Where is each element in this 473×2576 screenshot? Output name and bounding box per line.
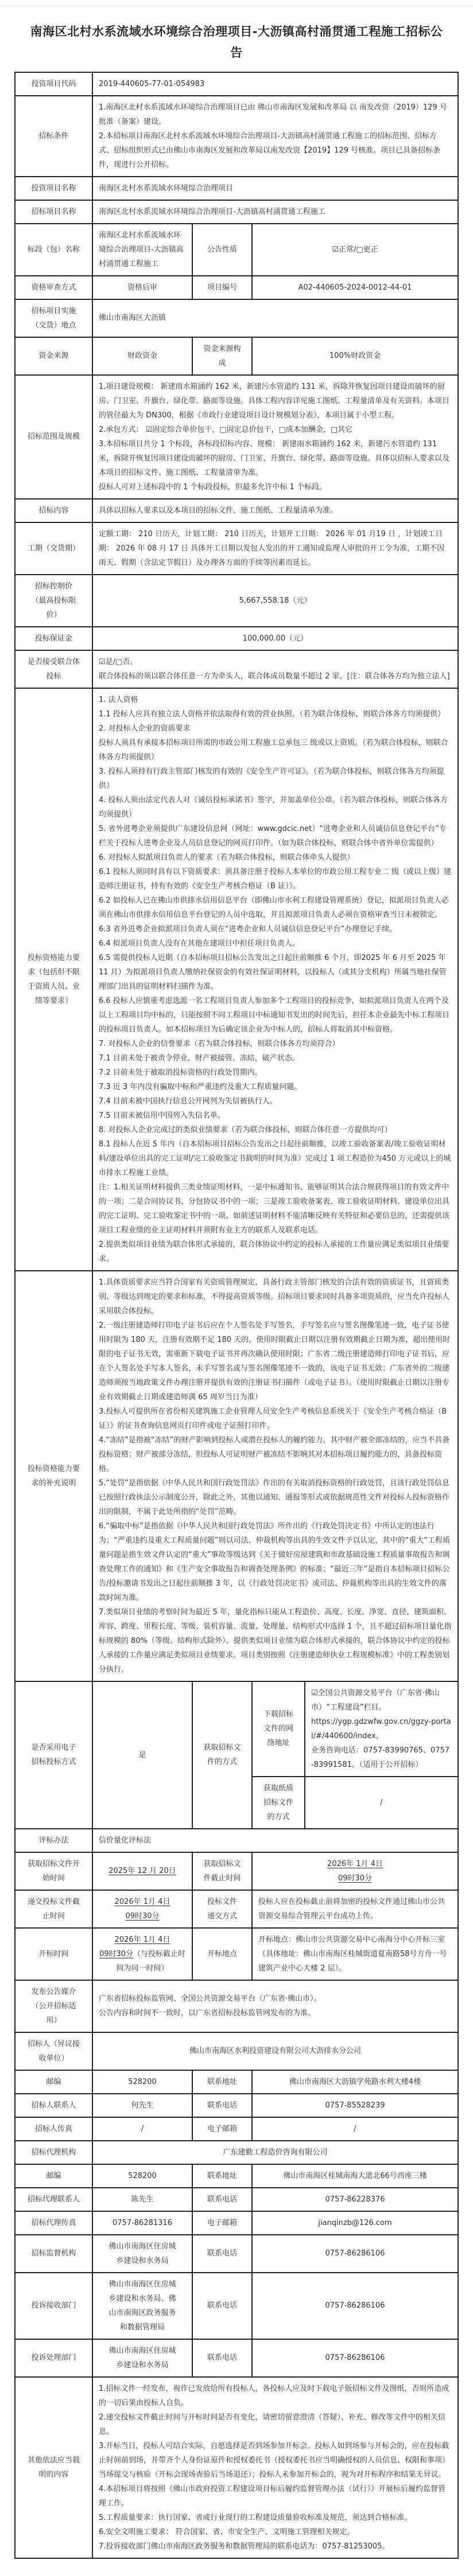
project-no-value: A02-440605-2024-0012-44-01 [252,276,458,299]
row-funding: 资金来源 财政资金 资金来源构 成 100%财政资金 [15,337,458,375]
row-e-bidding-download: 是否采用电子 招标投标方式 是 获取招标文 件的方式 下载招标 文件的网 络地址… [15,1681,458,1777]
media-label: 发布公告媒介 （公开招标适 用） [15,1980,92,2032]
e-bidding-label: 是否采用电子 招标投标方式 [15,1681,92,1829]
complaint-receiving-value: 佛山市南海区住房城 乡建设和水务局、佛 山市南海区政务服务 和数据管理局 [92,2273,192,2339]
complaint-handling-phone-value: 0757-86286106 [252,2339,458,2377]
obtain-end-label: 获取招标文 件截止时间 [192,1852,252,1890]
location-value: 佛山市南海区大沥镇 [92,299,458,337]
bid-opening-place-value: 开标地点：佛山市公共资源交易中心南海分中心开标三室（具体地址：佛山市南海区桂城街… [252,1928,458,1980]
project-no-label: 项目编号 [192,276,252,299]
other-value: 1.招标文件一经发布，视作已发放给所有投标人，各投标人应及时下载电子版招标文件及… [92,2377,458,2558]
row-tender-conditions: 招标条件 1.南海区北村水系流域水环境综合治理项目已由 佛山市南海区发展和改革局… [15,96,458,177]
supervisor-phone-label: 联系电话 [192,2235,252,2273]
consortium-label: 是否接受联合体 投标 [15,650,92,688]
tender-project-name-value: 南海区北村水系流域水环境综合治理项目-大沥镇高村涌贯通工程施工 [92,200,458,224]
bid-opening-time-label: 开标时间 [15,1928,92,1980]
tender-conditions-value: 1.南海区北村水系流域水环境综合治理项目已由 佛山市南海区发展和改革局 以 南发… [92,96,458,177]
agency-value: 广东建勤工程造价咨询有限公司 [92,2141,458,2164]
agency-fax-value: 0757-86281316 [92,2211,192,2235]
tenderer-fax-value: / [92,2117,192,2141]
tender-announcement-table: 投资项目代码 2019-440605-77-01-054983 招标条件 1.南… [14,72,459,2559]
tender-project-name-label: 招标项目名称 [15,200,92,224]
e-bidding-value: 是 [92,1681,192,1829]
complaint-handling-label: 投诉处理部门 [15,2339,92,2377]
row-duration: 工期（交货期） 定额工期： 210 日历天，计划工期： 210 日历天，计划开工… [15,522,458,575]
funding-value: 财政资金 [92,337,192,375]
agency-phone-value: 0757-86228376 [252,2188,458,2211]
bid-bond-value: 100,000.00（元） [92,627,458,650]
supervisor-value: 佛山市南海区住房城 乡建设和水务局 [92,2235,192,2273]
row-qualification-supplement: 投标资格能力要 求的补充说明 1.具体资质要求应当符合国家有关资质管理规定，具备… [15,1271,458,1681]
row-investment-project-name: 投资项目名称 南海区北村水系流域水环境综合治理项目 [15,177,458,200]
control-price-label: 招标控制价 （最高投标限 价） [15,575,92,627]
row-qualification-review: 资格审查方式 资格后审 项目编号 A02-440605-2024-0012-44… [15,276,458,299]
tenderer-address-value: 佛山市南海区大沥镇学苑路水利大楼4楼 [252,2070,458,2094]
row-agency-fax: 招标代理传真 0757-86281316 电子邮箱 jianqinzb@126.… [15,2211,458,2235]
tenderer-postcode-label: 邮编 [15,2070,92,2094]
row-evaluation-method: 评标办法 信价量化评标法 [15,1829,458,1852]
agency-email-label: 电子邮箱 [192,2211,252,2235]
tenderer-label: 招标人（异议接 收单位） [15,2032,92,2070]
row-qualification-requirements: 投标资格能力要 求（包括但不限 于资质人员、业 绩等要求） 1. 法人资格 1.… [15,688,458,1271]
scope-value: 1.项目建设规模： 新建雨水箱涵约 162 米，新建污水管道约 131 米，拆除… [92,375,458,499]
row-location: 招标项目实施 （交货）地点 佛山市南海区大沥镇 [15,299,458,337]
section-label: 标段（包）名称 [15,224,92,276]
investment-project-name-value: 南海区北村水系流域水环境综合治理项目 [92,177,458,200]
page-title: 南海区北村水系流域水环境综合治理项目-大沥镇高村涌贯通工程施工招标公告 [24,21,449,64]
row-tenderer: 招标人（异议接 收单位） 佛山市南海区水利投资建设有限公司大沥排水分公司 [15,2032,458,2070]
tender-conditions-label: 招标条件 [15,96,92,177]
row-agency: 招标代理机构 广东建勤工程造价咨询有限公司 [15,2141,458,2164]
agency-postcode-value: 528200 [92,2164,192,2188]
row-scope: 招标范围及规模 1.项目建设规模： 新建雨水箱涵约 162 米，新建污水管道约 … [15,375,458,499]
row-content: 招标内容 具体以招标人要求以及本项目的招标文件、施工图纸、工程量清单为准。 [15,499,458,522]
obtain-start-value: 2025年 12 月 20日 [108,1867,176,1875]
complaint-handling-value: 佛山市南海区住房城 乡建设和水务局 [92,2339,192,2377]
row-agency-postcode: 邮编 528200 联系地址 佛山市南海区桂城南海大道北66号西座三楼 [15,2164,458,2188]
row-tender-project-name: 招标项目名称 南海区北村水系流域水环境综合治理项目-大沥镇高村涌贯通工程施工 [15,200,458,224]
row-bid-bond: 投标保证金 100,000.00（元） [15,627,458,650]
top-divider [0,6,473,6]
investment-project-name-label: 投资项目名称 [15,177,92,200]
tenderer-address-label: 联系地址 [192,2070,252,2094]
duration-value: 定额工期： 210 日历天，计划工期： 210 日历天，计划开工日期： 2026… [92,522,458,575]
tenderer-contact-label: 招标人联系人 [15,2094,92,2117]
agency-postcode-label: 邮编 [15,2164,92,2188]
qualification-supplement-label: 投标资格能力要 求的补充说明 [15,1271,92,1681]
agency-email-value: jianqinzb@126.com [252,2211,458,2235]
complaint-receiving-phone-value: 0757-86286106 [252,2273,458,2339]
row-obtain-time: 获取招标文件开 始时间 2025年 12 月 20日 获取招标文 件截止时间 2… [15,1852,458,1890]
tenderer-value: 佛山市南海区水利投资建设有限公司大沥排水分公司 [92,2032,458,2070]
paper-method-label: 获取纸质 招标文件 的方式 [252,1777,305,1829]
consortium-value: ☑是/□否。 联合体投标的须以联合体任意一方为牵头人，联合体成员数量不超过 2 … [92,650,458,688]
supervisor-phone-value: 0757-86286106 [252,2235,458,2273]
duration-label: 工期（交货期） [15,522,92,575]
obtain-end-value: 2026年 1月 4日 09时30分 [327,1860,383,1883]
row-consortium: 是否接受联合体 投标 ☑是/□否。 联合体投标的须以联合体任意一方为牵头人，联合… [15,650,458,688]
complaint-receiving-phone-label: 联系电话 [192,2273,252,2339]
content-label: 招标内容 [15,499,92,522]
row-section: 标段（包）名称 南海区北村水系流域水环境综合治理项目-大沥镇高村涌贯通工程施工 … [15,224,458,276]
qualification-supplement-value: 1.具体资质要求应当符合国家有关资质管理规定，具备行政主管部门核发的合法有效的资… [92,1271,458,1681]
qualification-requirements-label: 投标资格能力要 求（包括但不限 于资质人员、业 绩等要求） [15,688,92,1271]
media-value: 广东省招标投标监管网、全国公共资源交易平台（广东省·佛山市）。 公告内容和时间不… [92,1980,458,2032]
download-address-value: ☑全国公共资源交易平台（广东省·佛山市）“工程建设”栏目。 https://yg… [305,1681,458,1777]
control-price-value: 5,667,558.18（元） [92,575,458,627]
bid-opening-place-label: 开标地点 [192,1928,252,1980]
other-label: 其他依法应当载 明的内容 [15,2377,92,2558]
row-complaint-handling: 投诉处理部门 佛山市南海区住房城 乡建设和水务局 联系电话 0757-86286… [15,2339,458,2377]
tenderer-postcode-value: 528200 [92,2070,192,2094]
agency-address-value: 佛山市南海区桂城南海大道北66号西座三楼 [252,2164,458,2188]
row-submission: 递交投标文件截 止时间 2026年 1月 4日 09时30分 投标文件 递交方式… [15,1890,458,1928]
obtain-method-label: 获取招标文 件的方式 [192,1681,252,1829]
notice-nature-label: 公告性质 [192,224,252,276]
agency-contact-value: 陈先生 [92,2188,192,2211]
qualification-review-label: 资格审查方式 [15,276,92,299]
download-address-label: 下载招标 文件的网 络地址 [252,1681,305,1777]
evaluation-method-value: 信价量化评标法 [92,1829,458,1852]
row-supervisor: 招标监督机构 佛山市南海区住房城 乡建设和水务局 联系电话 0757-86286… [15,2235,458,2273]
qualification-requirements-value: 1. 法人资格 1.1 投标人应具有独立法人资格并依法取得有效的营业执照。（若为… [92,688,458,1271]
agency-phone-label: 联系电话 [192,2188,252,2211]
tenderer-fax-label: 招标人传真 [15,2117,92,2141]
project-code-value: 2019-440605-77-01-054983 [92,72,458,96]
qualification-review-value: 资格后审 [92,276,192,299]
row-agency-contact: 招标代理联系人 陈先生 联系电话 0757-86228376 [15,2188,458,2211]
row-tenderer-contact: 招标人联系人 何先生 联系电话 0757-85528239 [15,2094,458,2117]
row-complaint-receiving: 投诉接收部门 佛山市南海区住房城 乡建设和水务局、佛 山市南海区政务服务 和数据… [15,2273,458,2339]
agency-contact-label: 招标代理联系人 [15,2188,92,2211]
agency-label: 招标代理机构 [15,2141,92,2164]
supervisor-label: 招标监督机构 [15,2235,92,2273]
row-project-code: 投资项目代码 2019-440605-77-01-054983 [15,72,458,96]
agency-address-label: 联系地址 [192,2164,252,2188]
funding-composition-value: 100%财政资金 [252,337,458,375]
complaint-receiving-label: 投诉接收部门 [15,2273,92,2339]
location-label: 招标项目实施 （交货）地点 [15,299,92,337]
paper-method-value: / [305,1777,458,1829]
tenderer-contact-value: 何先生 [92,2094,192,2117]
tenderer-email-value: / [252,2117,458,2141]
bid-bond-label: 投标保证金 [15,627,92,650]
row-media: 发布公告媒介 （公开招标适 用） 广东省招标投标监管网、全国公共资源交易平台（广… [15,1980,458,2032]
obtain-start-label: 获取招标文件开 始时间 [15,1852,92,1890]
row-control-price: 招标控制价 （最高投标限 价） 5,667,558.18（元） [15,575,458,627]
funding-composition-label: 资金来源构 成 [192,337,252,375]
submission-deadline-value: 2026年 1月 4日 09时30分 [115,1898,170,1921]
tenderer-email-label: 电子邮箱 [192,2117,252,2141]
evaluation-method-label: 评标办法 [15,1829,92,1852]
submission-method-label: 投标文件 递交方式 [192,1890,252,1928]
submission-deadline-label: 递交投标文件截 止时间 [15,1890,92,1928]
section-name: 南海区北村水系流域水环境综合治理项目-大沥镇高村涌贯通工程施工 [92,224,192,276]
notice-nature-value: ☑正常/□更正 [252,224,458,276]
row-bid-opening: 开标时间 2026年 1月 4日 09时30分（与投标截止时间为同一时间） 开标… [15,1928,458,1980]
row-tenderer-postcode: 邮编 528200 联系地址 佛山市南海区大沥镇学苑路水利大楼4楼 [15,2070,458,2094]
funding-label: 资金来源 [15,337,92,375]
complaint-handling-phone-label: 联系电话 [192,2339,252,2377]
tenderer-phone-label: 联系电话 [192,2094,252,2117]
agency-fax-label: 招标代理传真 [15,2211,92,2235]
row-other: 其他依法应当载 明的内容 1.招标文件一经发布，视作已发放给所有投标人，各投标人… [15,2377,458,2558]
project-code-label: 投资项目代码 [15,72,92,96]
submission-method-value: 投标人应在投标截止前将加密的投标文件通过佛山市公共资源交易综合管理云平台成功上传… [252,1890,458,1928]
scope-label: 招标范围及规模 [15,375,92,499]
row-tenderer-fax: 招标人传真 / 电子邮箱 / [15,2117,458,2141]
tenderer-phone-value: 0757-85528239 [252,2094,458,2117]
content-value: 具体以招标人要求以及本项目的招标文件、施工图纸、工程量清单为准。 [92,499,458,522]
